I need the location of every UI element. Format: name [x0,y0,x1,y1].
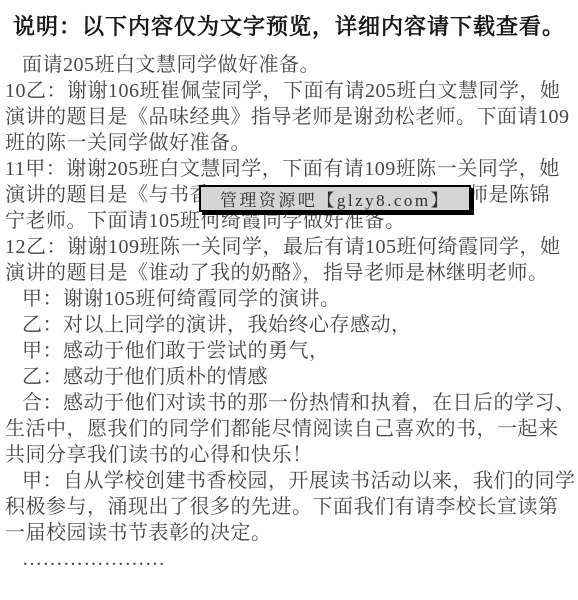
site-watermark-badge: 管理资源吧【glzy8.com】 [199,185,471,212]
text-line: 一届校园读书节表彰的决定。 [0,520,578,546]
text-fragment-left: 演讲的题目是《与书香 [5,184,210,206]
text-line: 演讲的题目是《品味经典》指导老师是谢劲松老师。下面请109 [0,104,578,130]
text-line: 演讲的题目是《谁动了我的奶酪》，指导老师是林继明老师。 [0,260,578,286]
text-line: 合：感动于他们对读书的那一份热情和执着，在日后的学习、 [0,390,578,416]
text-line: 共同分享我们读书的心得和快乐！ [0,442,578,468]
text-line: 甲：感动于他们敢于尝试的勇气， [0,338,578,364]
text-line: 甲：谢谢105班何绮霞同学的演讲。 [0,286,578,312]
preview-notice: 说明：以下内容仅为文字预览，详细内容请下载查看。 [13,14,578,40]
text-line: 11甲：谢谢205班白文慧同学，下面有请109班陈一关同学，她 [0,156,578,182]
text-line: 生活中，愿我们的同学们都能尽情阅读自己喜欢的书，一起来 [0,416,578,442]
text-line: 乙：对以上同学的演讲，我始终心存感动， [0,312,578,338]
text-line: 积极参与，涌现出了很多的先进。下面我们有请李校长宣读第 [0,494,578,520]
text-line: 班的陈一关同学做好准备。 [0,130,578,156]
text-line: 甲：自从学校创建书香校园，开展读书活动以来，我们的同学 [0,468,578,494]
document-preview-page: 说明：以下内容仅为文字预览，详细内容请下载查看。 面请205班白文慧同学做好准备… [0,0,578,600]
text-line: 面请205班白文慧同学做好准备。 [0,52,578,78]
text-line: 乙：感动于他们质朴的情感 [0,364,578,390]
text-line: 10乙：谢谢106班崔佩莹同学，下面有请205班白文慧同学，她 [0,78,578,104]
text-fragment-right: 师是陈锦 [468,182,550,208]
document-body: 面请205班白文慧同学做好准备。10乙：谢谢106班崔佩莹同学，下面有请205班… [0,52,578,572]
text-line: 12乙：谢谢109班陈一关同学，最后有请105班何绮霞同学，她 [0,234,578,260]
ellipsis-line: ………………… [0,546,578,572]
